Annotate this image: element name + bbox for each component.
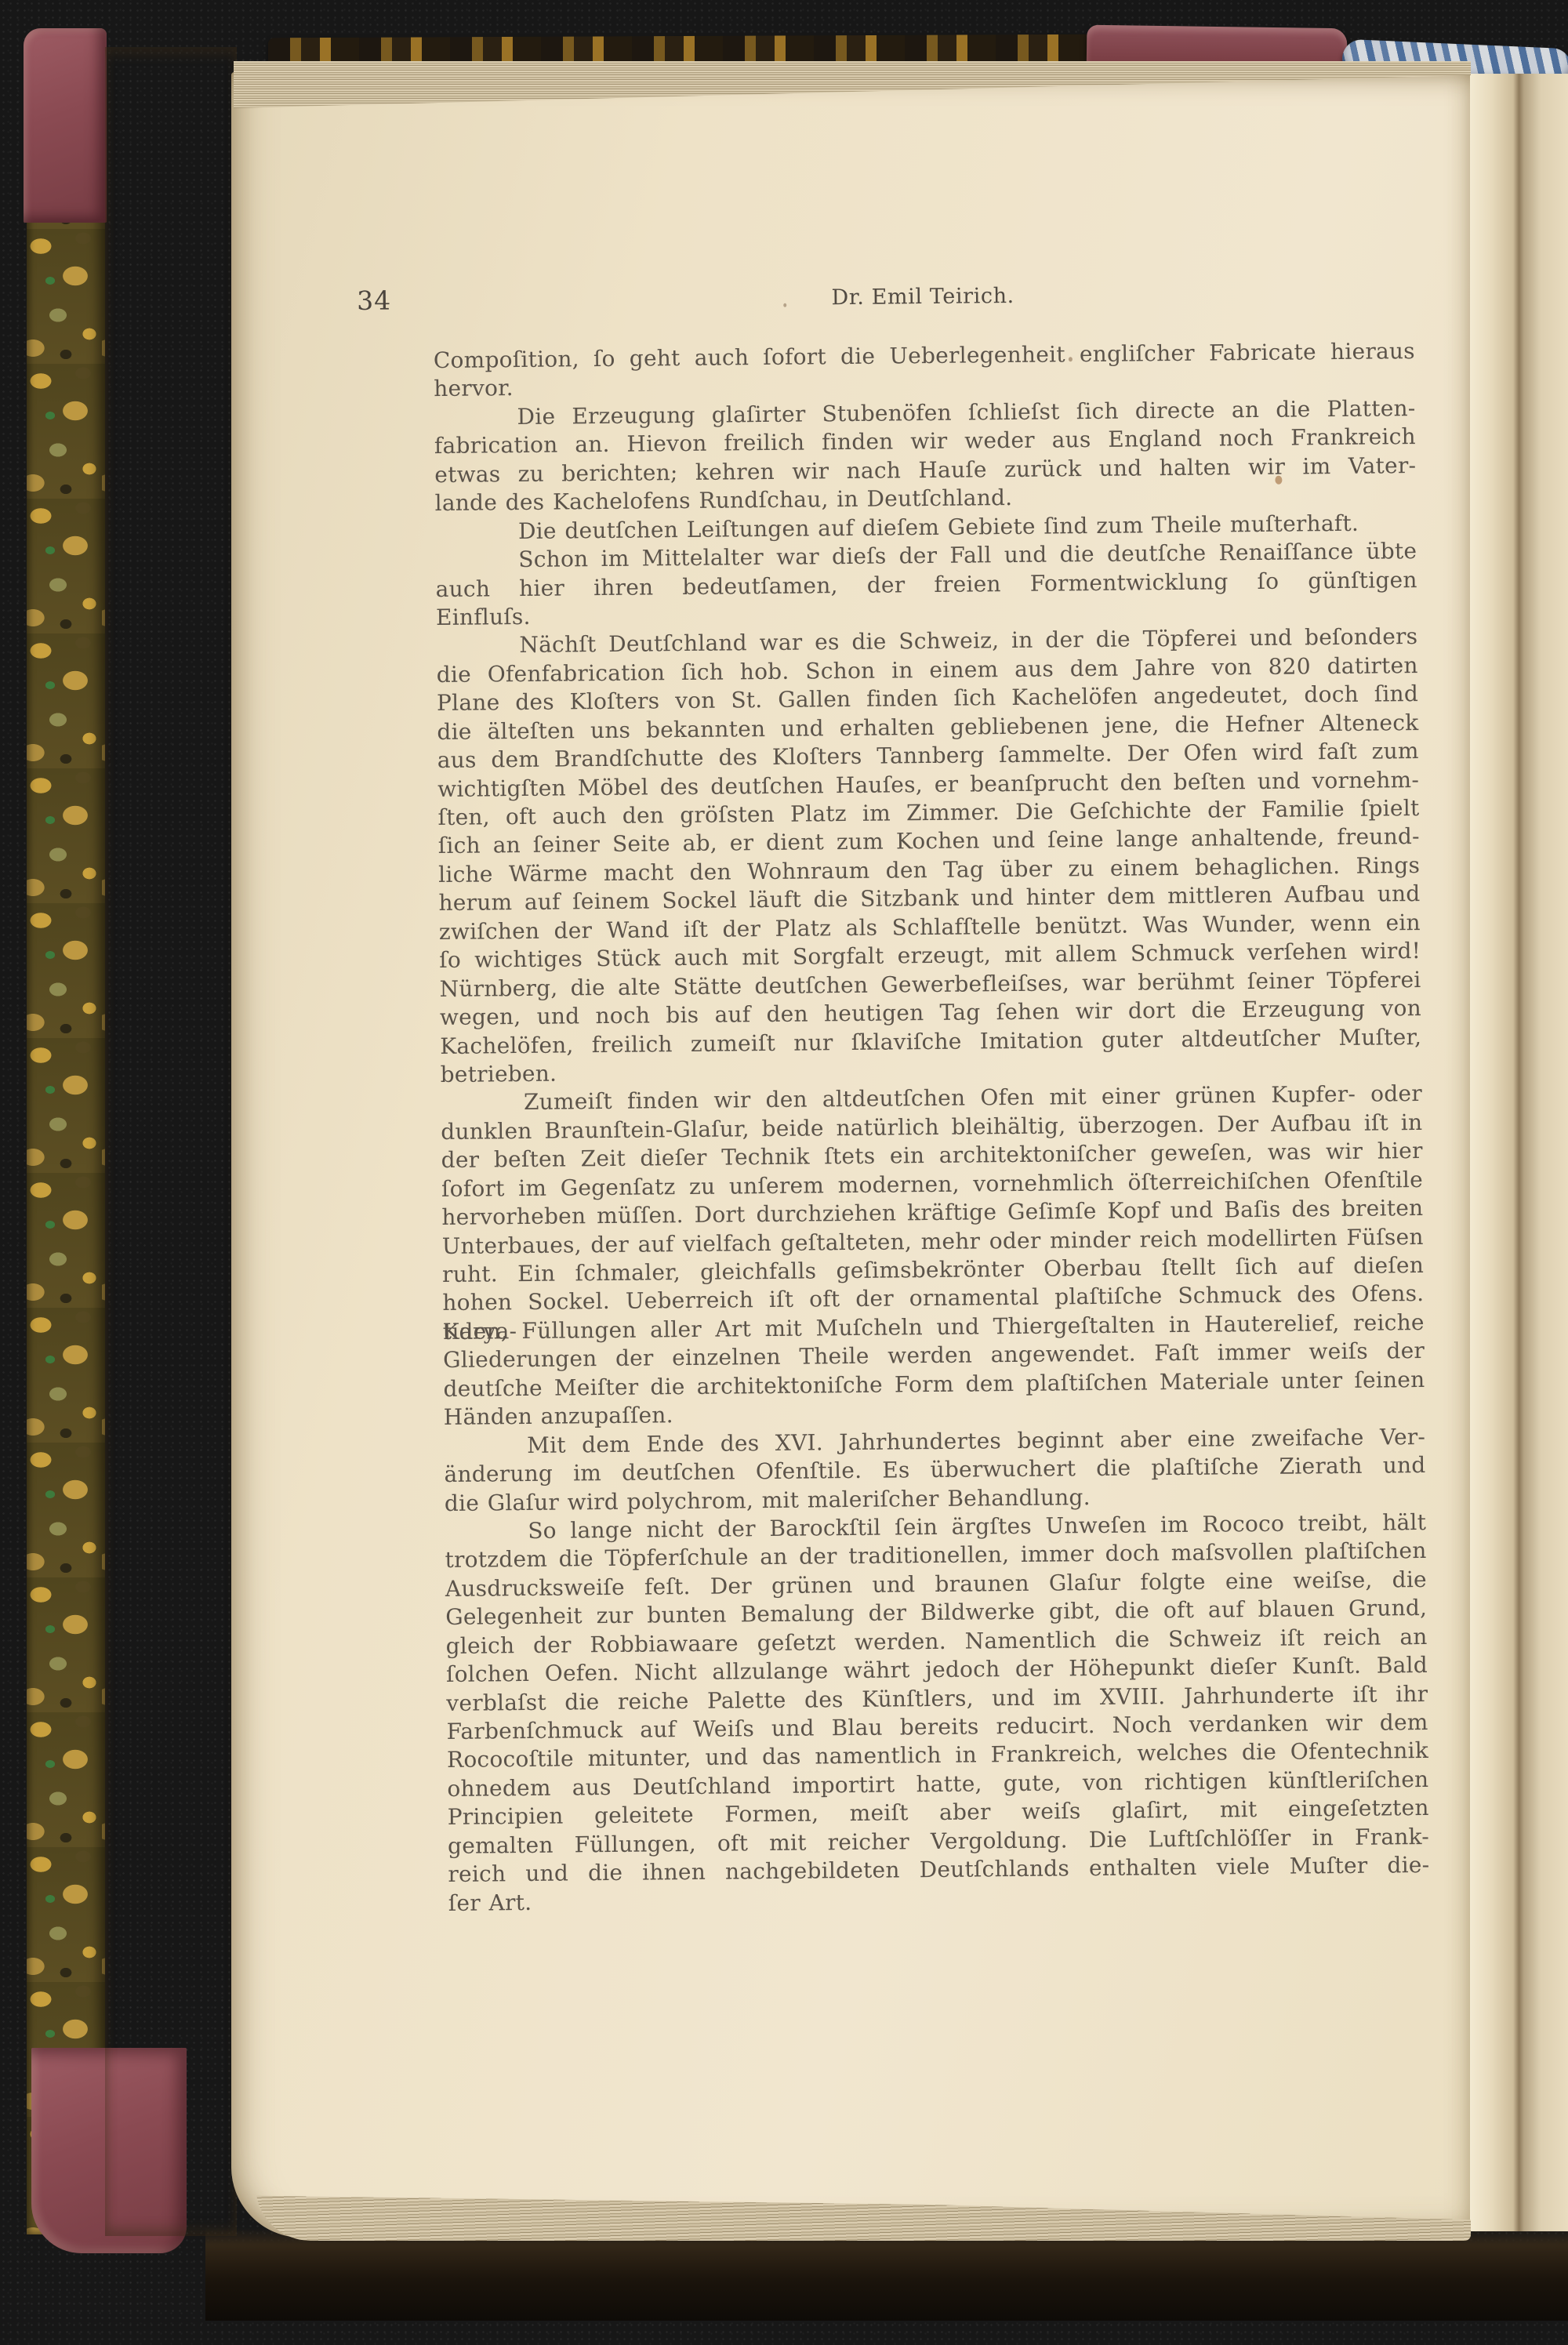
text-block: Compoſition, ſo geht auch ſofort die Ueb…	[434, 337, 1430, 1918]
page-speck	[1275, 476, 1282, 485]
page-edges-left	[105, 47, 237, 2236]
page-speck	[783, 303, 786, 307]
leather-corner-top	[24, 28, 107, 223]
book-bottom-shadow	[205, 2228, 1568, 2321]
page-number: 34	[357, 285, 427, 316]
marbled-cover-board	[27, 94, 105, 2234]
page-speck	[1069, 357, 1073, 361]
photo-backdrop: 34 Dr. Emil Teirich. Compoſition, ſo geh…	[0, 0, 1568, 2345]
book-page: 34 Dr. Emil Teirich. Compoſition, ſo geh…	[231, 72, 1470, 2238]
page-content: 34 Dr. Emil Teirich. Compoſition, ſo geh…	[223, 66, 1482, 2243]
next-page-gutter	[1470, 74, 1568, 2231]
